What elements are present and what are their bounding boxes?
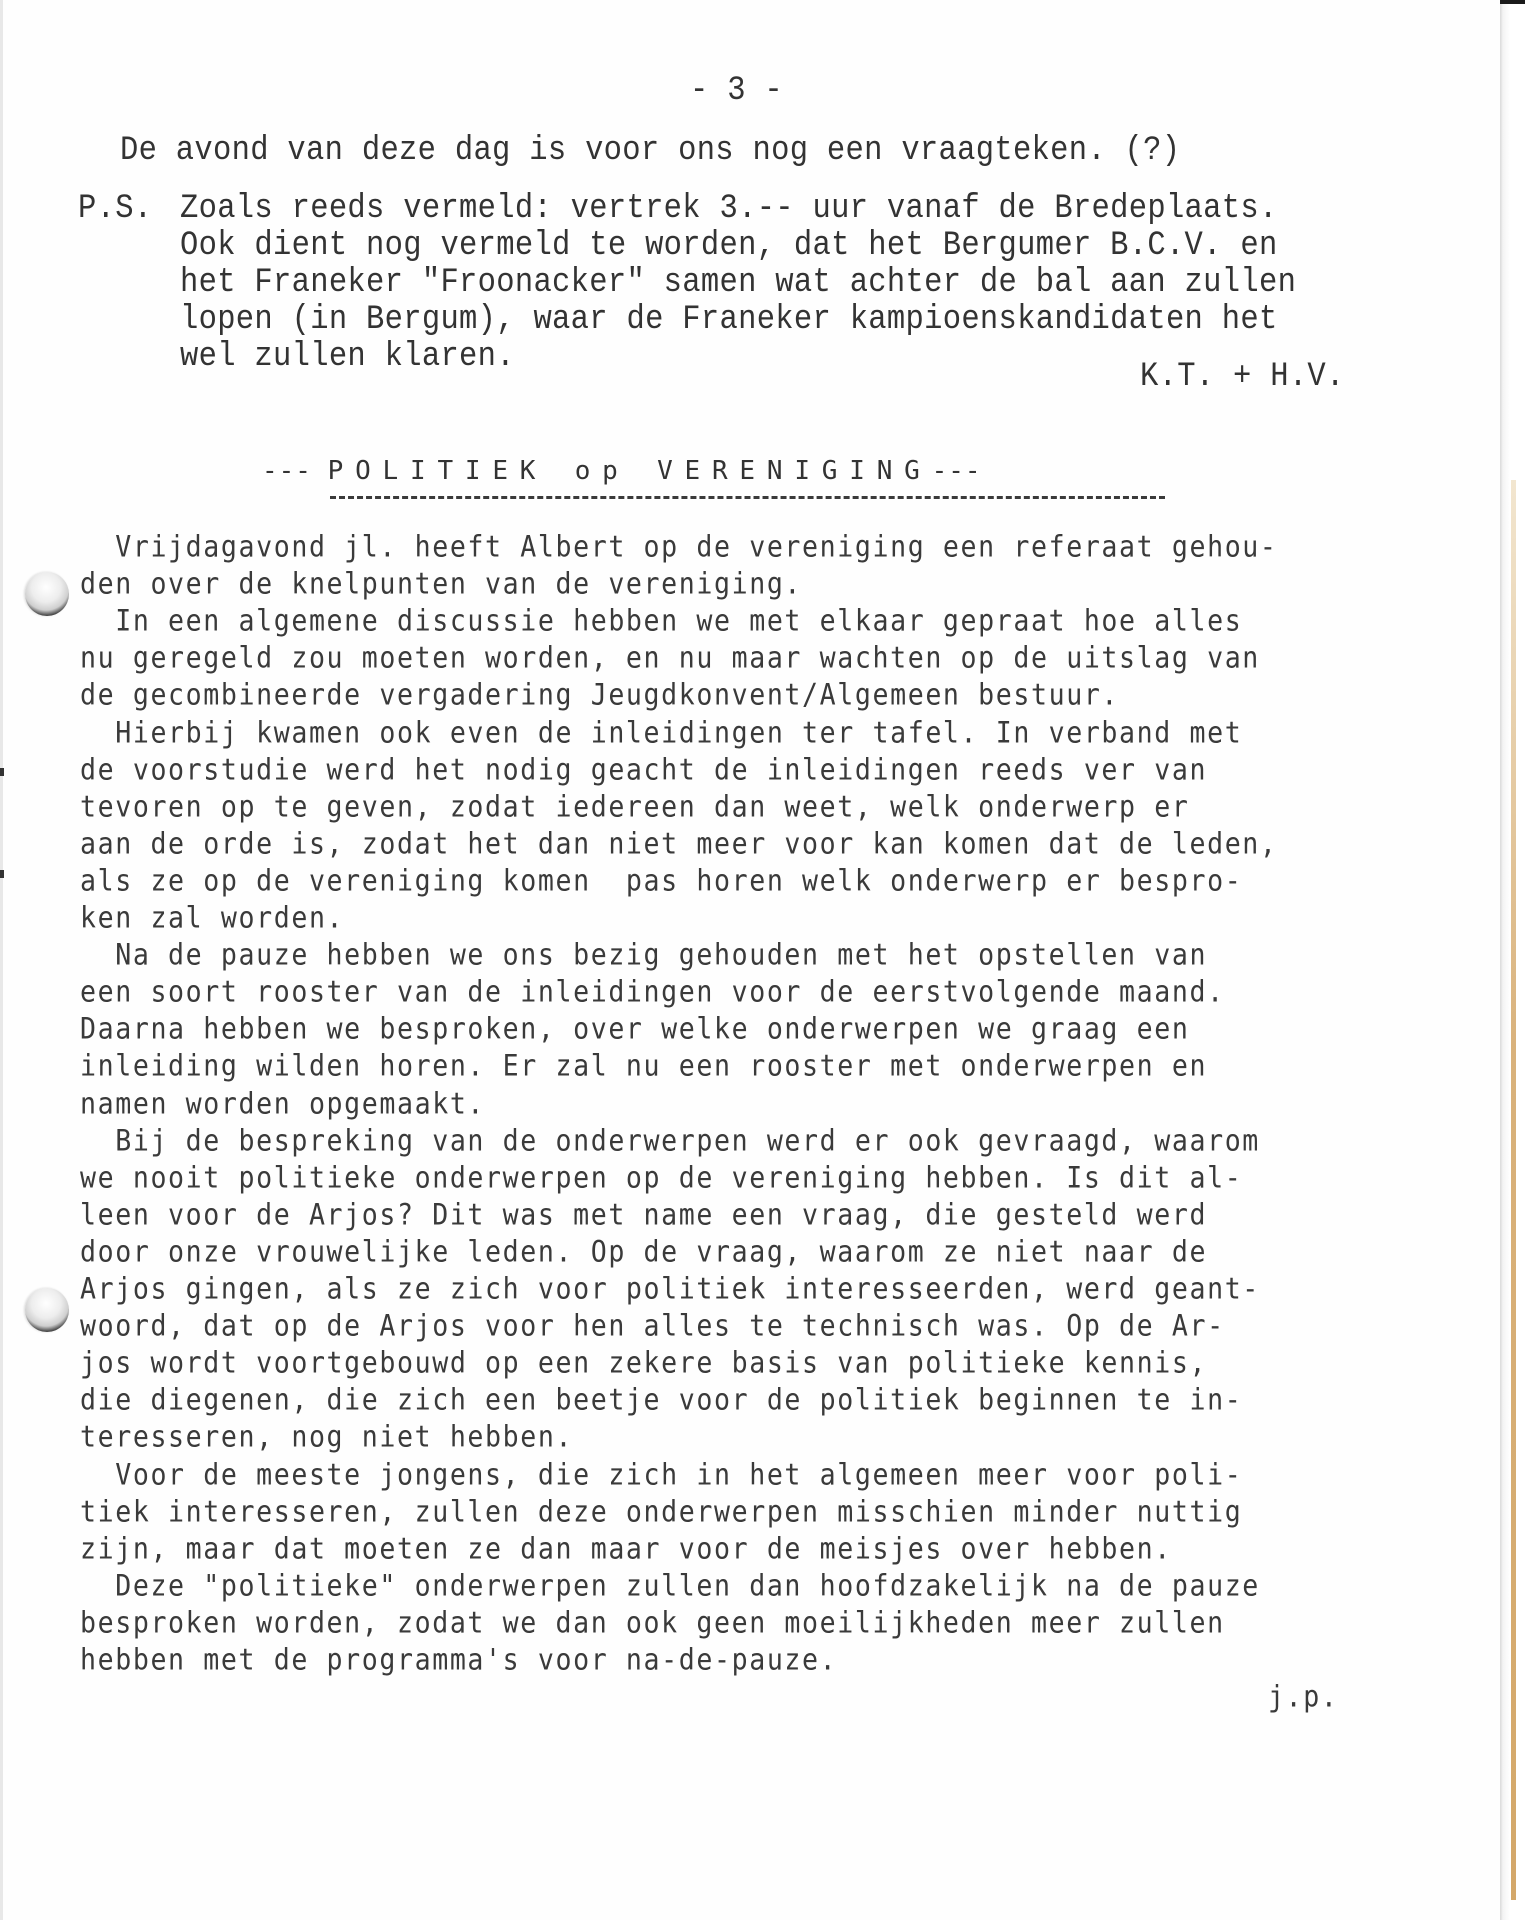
postscript-line: wel zullen klaren. <box>180 338 515 376</box>
article-line: Hierbij kwamen ook even de inleidingen t… <box>80 716 1242 750</box>
article-line: zijn, maar dat moeten ze dan maar voor d… <box>80 1532 1172 1566</box>
binder-hole-icon <box>25 1288 69 1332</box>
article-line: Deze "politieke" onderwerpen zullen dan … <box>80 1569 1260 1603</box>
postscript-line: Ook dient nog vermeld te worden, dat het… <box>180 227 1278 265</box>
postscript-line: het Franeker "Froonacker" samen wat acht… <box>180 264 1296 302</box>
article-line: de voorstudie werd het nodig geacht de i… <box>80 753 1207 787</box>
article-line: In een algemene discussie hebben we met … <box>80 604 1242 638</box>
article-line: een soort rooster van de inleidingen voo… <box>80 975 1225 1009</box>
article-line: den over de knelpunten van de vereniging… <box>80 567 802 601</box>
postscript-line: Zoals reeds vermeld: vertrek 3.-- uur va… <box>180 190 1278 228</box>
article-line: de gecombineerde vergadering Jeugdkonven… <box>80 678 1119 712</box>
article-line: door onze vrouwelijke leden. Op de vraag… <box>80 1235 1207 1269</box>
article-heading: --- POLITIEK op VERENIGING--- <box>262 456 982 486</box>
margin-mark <box>0 768 4 776</box>
article-line: Na de pauze hebben we ons bezig gehouden… <box>80 938 1207 972</box>
article-line: leen voor de Arjos? Dit was met name een… <box>80 1198 1207 1232</box>
article-line: Voor de meeste jongens, die zich in het … <box>80 1458 1242 1492</box>
article-line: woord, dat op de Arjos voor hen alles te… <box>80 1309 1225 1343</box>
page-corner-shadow <box>1500 0 1525 4</box>
postscript-label: P.S. <box>78 190 152 228</box>
article-line: we nooit politieke onderwerpen op de ver… <box>80 1161 1242 1195</box>
article-line: teresseren, nog niet hebben. <box>80 1420 573 1454</box>
article-line: tiek interesseren, zullen deze onderwerp… <box>80 1495 1242 1529</box>
heading-title: POLITIEK op VERENIGING <box>328 456 932 486</box>
heading-prefix: --- <box>262 456 312 486</box>
article-line: jos wordt voortgebouwd op een zekere bas… <box>80 1346 1207 1380</box>
intro-line: De avond van deze dag is voor ons nog ee… <box>120 132 1180 170</box>
article-line: die diegenen, die zich een beetje voor d… <box>80 1383 1242 1417</box>
article-line: hebben met de programma's voor na-de-pau… <box>80 1643 837 1677</box>
heading-underline <box>330 496 1165 499</box>
article-line: als ze op de vereniging komen pas horen … <box>80 864 1242 898</box>
article-line: Bij de bespreking van de onderwerpen wer… <box>80 1124 1260 1158</box>
binder-hole-icon <box>25 572 69 616</box>
postscript-line: lopen (in Bergum), waar de Franeker kamp… <box>180 301 1278 339</box>
heading-suffix: --- <box>932 456 982 486</box>
article-line: ken zal worden. <box>80 901 344 935</box>
article-line: Vrijdagavond jl. heeft Albert op de vere… <box>80 530 1278 564</box>
article-line: besproken worden, zodat we dan ook geen … <box>80 1606 1225 1640</box>
page-left-edge <box>0 0 3 1920</box>
article-line: namen worden opgemaakt. <box>80 1087 485 1121</box>
article-line: nu geregeld zou moeten worden, en nu maa… <box>80 641 1260 675</box>
article-line: aan de orde is, zodat het dan niet meer … <box>80 827 1278 861</box>
article-line: Daarna hebben we besproken, over welke o… <box>80 1012 1189 1046</box>
article-line: inleiding wilden horen. Er zal nu een ro… <box>80 1049 1207 1083</box>
page-number: - 3 - <box>690 72 783 110</box>
article-signature: j.p. <box>1268 1680 1338 1714</box>
article-line: Arjos gingen, als ze zich voor politiek … <box>80 1272 1260 1306</box>
margin-mark <box>0 870 4 878</box>
page-stack-edge <box>1511 480 1516 1900</box>
article-line: tevoren op te geven, zodat iedereen dan … <box>80 790 1189 824</box>
postscript-signature: K.T. + H.V. <box>1140 358 1345 396</box>
